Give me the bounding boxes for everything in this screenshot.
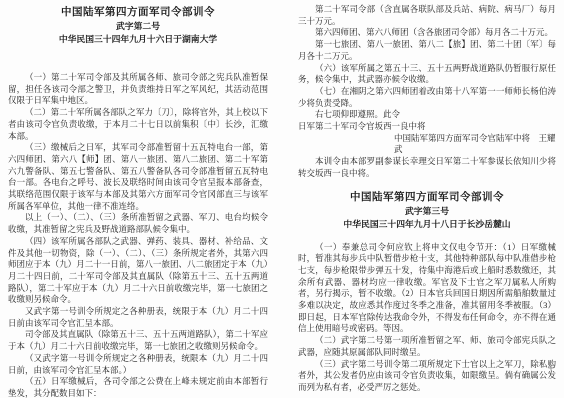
order-closing-line: 右七项仰即遵照。此令	[298, 109, 556, 121]
order-paragraph: 以上（一）、（二）、（三）条所准暂留之武器、军刀、电台均候令收缴，其准暂留之宪兵…	[8, 212, 268, 235]
signature-chinese-commander: 中国陆军第四方面军司令官陆军中将 王耀武	[298, 133, 556, 156]
order-paragraph: （五）日军缴械后，各司令部之公费在上峰未规定前由本部暂行垫发，其分配数目如下：	[8, 376, 268, 398]
order3-dateline: 中华民国三十四年九月十八日于长沙岳麓山	[298, 218, 556, 231]
order3-title: 中国陆军第四方面军司令部训令	[298, 191, 556, 205]
scan-artifact-plus-mark: +	[548, 364, 554, 374]
right-page: 第二十军司令部（含直属各联队部及兵站、病院、病马厂）每月三十万元。 第六四师团、…	[282, 0, 564, 398]
order-paragraph: （一）奉兼总司令何应钦上将申文仅电令节开：（1）日军缴械时，暂准其每步兵中队暂借…	[298, 242, 556, 336]
order-paragraph: 第六四师团、第六八师团（含各旅团司令部）每月各二十万元。	[298, 27, 556, 39]
order-paragraph: （四）该军所属各部队之武器、弹药、装具、器材、补给品、文件及其他一切物资，除（一…	[8, 236, 268, 306]
order-number: 武字第二号	[8, 20, 268, 33]
header-spacer	[8, 46, 268, 72]
order-paragraph: （七）在湘阴之第六四师团着改由第十八军第一一师师长杨伯涛少将负责受降。	[298, 86, 556, 109]
order-dateline: 中华民国三十四年九月十六日于湖南大学	[8, 33, 268, 46]
order-paragraph: （一）第二十军司令部及其所属各师、旅司令部之宪兵队准暂保留，担任各该司令部之警卫…	[8, 72, 268, 107]
left-page-body: （一）第二十军司令部及其所属各师、旅司令部之宪兵队准暂保留，担任各该司令部之警卫…	[8, 72, 268, 398]
order3-number: 武字第三号	[298, 205, 556, 218]
order-paragraph: 又武字第一号训令所规定之各种册表，统限于本（九）月二十四日前由该军司令官汇呈本部…	[8, 306, 268, 329]
delivery-note: 本训令由本部罗副参谋长幸理交日军第二十军参谋长依知川少将转交坂西一良中将。	[298, 156, 556, 179]
left-page: 中国陆军第四方面军司令部训令 武字第二号 中华民国三十四年九月十六日于湖南大学 …	[0, 0, 282, 398]
order-paragraph: （六）该军所属之第五十三、五十五两野战道路队仍暂服行原任务，候令集中，其武器亦候…	[298, 63, 556, 86]
order-paragraph: 司令部及其直属队（除第五十三、五十五两道路队），第二十军应于本（九）月二十六日前…	[8, 329, 268, 352]
order-paragraph: （二）第二十军所属各部队之军力〔刀〕，除将官外，其上校以下者由该司令官负责收缴，…	[8, 107, 268, 142]
order-paragraph: （又武字第一号训令所规定之各种册表，统限本（九）月二十四日前，由该军司令官汇呈本…	[8, 353, 268, 376]
order-paragraph: 第二十军司令部（含直属各联队部及兵站、病院、病马厂）每月三十万元。	[298, 4, 556, 27]
order2-title-left: 中国陆军第四方面军司令部训令	[8, 6, 268, 20]
signature-japanese-commander: 日军第二十军司令官坂西一良中将	[298, 121, 556, 133]
document-spread: 中国陆军第四方面军司令部训令 武字第二号 中华民国三十四年九月十六日于湖南大学 …	[0, 0, 564, 398]
order3-body: （一）奉兼总司令何应钦上将申文仅电令节开：（1）日军缴械时，暂准其每步兵中队暂借…	[298, 242, 556, 394]
order-paragraph: （三）缴械后之日军，其军司令部准暂留十五瓦特电台一部，第六四师团、第六八【师】团…	[8, 142, 268, 212]
right-page-body: 第二十军司令部（含直属各联队部及兵站、病院、病马厂）每月三十万元。 第六四师团、…	[298, 4, 556, 180]
section-spacer	[298, 180, 556, 191]
order-paragraph: （二）武字第二号第一项所准暂留之军、师、旅司令部宪兵队之武器，应随其原属部队同时…	[298, 335, 556, 358]
order-paragraph: （三）武字第二号训令第二项所规定下士官以上之军刀，除私购者外，其公发者仍应由该司…	[298, 359, 556, 394]
order-paragraph: 第一七旅团、第八一旅团、第八二【旅】团、第二十团〔军〕每月各十二万元。	[298, 39, 556, 62]
header-spacer	[298, 231, 556, 242]
